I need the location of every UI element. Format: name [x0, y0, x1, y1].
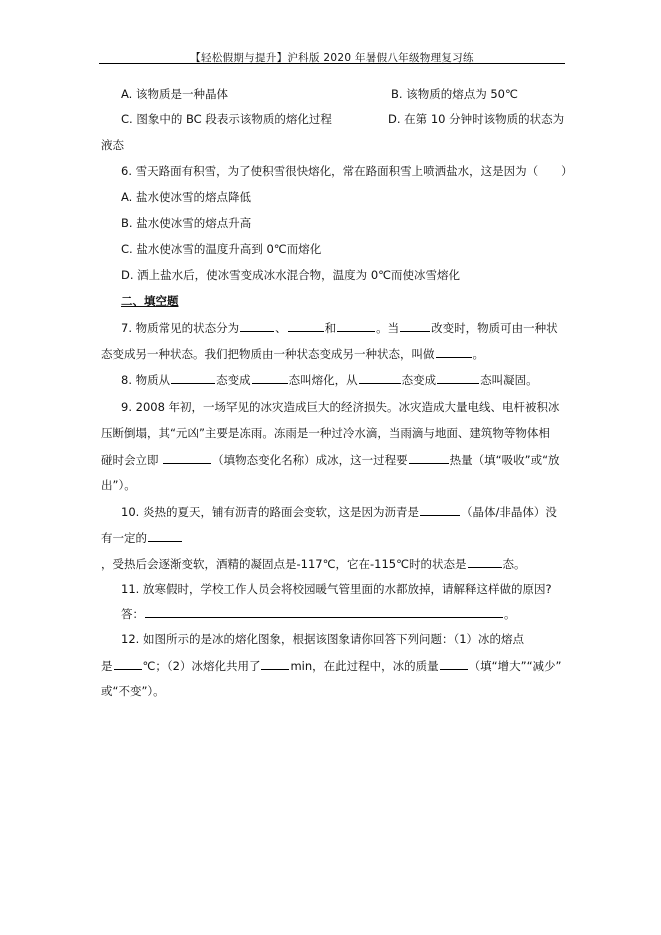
q12-blank-2[interactable]	[261, 658, 289, 670]
q5-option-c: C. 图象中的 BC 段表示该物质的熔化过程	[121, 112, 332, 126]
q10-text: 态。	[503, 557, 526, 571]
q6-option-a: A. 盐水使冰雪的熔点降低	[121, 190, 251, 204]
q7-blank-4[interactable]	[400, 320, 430, 332]
q11-answer-label: 答：	[121, 607, 144, 621]
q7-line-2: 态变成另一种状态。我们把物质由一种状态变成另一种状态，叫做。	[101, 346, 484, 361]
q10-text: ，受热后会逐渐变软，酒精的凝固点是-117℃，它在-115℃时的状态是	[101, 557, 467, 571]
q12-blank-1[interactable]	[114, 658, 142, 670]
q10-blank-1[interactable]	[420, 504, 460, 516]
q7-blank-5[interactable]	[436, 346, 472, 358]
q12-line-1: 12. 如图所示的是冰的熔化图象，根据该图象请你回答下列问题：（1）冰的熔点	[121, 632, 524, 646]
q6-stem: 6. 雪天路面有积雪，为了使积雪很快熔化，常在路面积雪上喷洒盐水，这是因为（ ）	[121, 164, 573, 178]
q5-option-b: B. 该物质的熔点为 50℃	[391, 87, 518, 101]
header-divider	[99, 63, 565, 64]
document-page: 【轻松假期与提升】沪科版 2020 年暑假八年级物理复习练 A. 该物质是一种晶…	[0, 0, 661, 935]
q9-blank-2[interactable]	[409, 452, 449, 464]
q10-line-3: ，受热后会逐渐变软，酒精的凝固点是-117℃，它在-115℃时的状态是态。	[101, 556, 526, 571]
q7-blank-1[interactable]	[240, 320, 274, 332]
q9-line-4: 出”）。	[101, 478, 136, 492]
q11-stem: 11. 放寒假时，学校工作人员会将校园暖气管里面的水都放掉，请解释这样做的原因?	[121, 582, 552, 596]
q7-text: 。当	[376, 321, 399, 335]
q6-option-d: D. 洒上盐水后，使冰雪变成冰水混合物，温度为 0℃而使冰雪熔化	[121, 268, 460, 282]
q9-text: 热量（填“吸收”或“放	[450, 453, 560, 467]
q10-text: 10. 炎热的夏天，铺有沥青的路面会变软，这是因为沥青是	[121, 505, 419, 519]
q7-text: 。	[473, 347, 485, 361]
q12-text: min，在此过程中，冰的质量	[290, 659, 438, 673]
q11-answer-line: 答：。	[121, 606, 516, 621]
q9-line-1: 9. 2008 年初，一场罕见的冰灾造成巨大的经济损失。冰灾造成大量电线、电杆被…	[121, 400, 560, 414]
q8-blank-2[interactable]	[252, 372, 288, 384]
q10-blank-3[interactable]	[468, 556, 502, 568]
q7-text: 态变成另一种状态。我们把物质由一种状态变成另一种状态，叫做	[101, 347, 435, 361]
q9-text: 碰时会立即	[101, 453, 159, 467]
q7-text: 、	[275, 321, 287, 335]
q9-line-3: 碰时会立即 （填物态变化名称）成冰，这一过程要热量（填“吸收”或“放	[101, 452, 560, 467]
q8-text: 8. 物质从	[121, 373, 170, 387]
q10-text: （晶体/非晶体）没	[461, 505, 557, 519]
q8-text: 态变成	[402, 373, 437, 387]
section-title-fill-in: 二、填空题	[121, 294, 179, 308]
q7-line-1: 7. 物质常见的状态分为、和。当改变时，物质可由一种状	[121, 320, 558, 335]
q11-answer-end: 。	[504, 607, 516, 621]
q10-line-1: 10. 炎热的夏天，铺有沥青的路面会变软，这是因为沥青是（晶体/非晶体）没	[121, 504, 557, 519]
q12-text: （填“增大”“减少”	[469, 659, 562, 673]
q5-option-d: D. 在第 10 分钟时该物质的状态为	[388, 112, 564, 126]
q7-text: 7. 物质常见的状态分为	[121, 321, 239, 335]
q12-line-2: 是℃；（2）冰熔化共用了min，在此过程中，冰的质量（填“增大”“减少”	[101, 658, 562, 673]
q5-option-d-continued: 液态	[101, 138, 124, 152]
q8-text: 态叫熔化，从	[289, 373, 358, 387]
q12-line-3: 或“不变”）。	[101, 684, 165, 698]
q7-blank-2[interactable]	[288, 320, 324, 332]
q8-blank-1[interactable]	[171, 372, 215, 384]
q10-blank-2[interactable]	[148, 530, 182, 542]
q12-blank-3[interactable]	[440, 658, 468, 670]
q8-text: 态叫凝固。	[480, 373, 538, 387]
q5-option-a: A. 该物质是一种晶体	[121, 87, 228, 101]
q8-blank-3[interactable]	[359, 372, 401, 384]
q6-option-c: C. 盐水使冰雪的温度升高到 0℃而熔化	[121, 242, 321, 256]
q12-text: ℃；（2）冰熔化共用了	[143, 659, 261, 673]
q12-text: 是	[101, 659, 113, 673]
q8-text: 态变成	[216, 373, 251, 387]
q9-text: （填物态变化名称）成冰，这一过程要	[212, 453, 408, 467]
q10-text: 有一定的	[101, 531, 147, 545]
q11-answer-blank[interactable]	[145, 606, 503, 618]
q8-line: 8. 物质从态变成态叫熔化，从态变成态叫凝固。	[121, 372, 538, 387]
q8-blank-4[interactable]	[437, 372, 479, 384]
q7-blank-3[interactable]	[337, 320, 375, 332]
q6-option-b: B. 盐水使冰雪的熔点升高	[121, 216, 251, 230]
q10-line-2: 有一定的	[101, 530, 183, 545]
q7-text: 和	[325, 321, 337, 335]
q7-text: 改变时，物质可由一种状	[431, 321, 558, 335]
q9-line-2: 压断倒塌，其“元凶”主要是冻雨。冻雨是一种过冷水滴，当雨滴与地面、建筑物等物体相	[101, 426, 550, 440]
q9-blank-1[interactable]	[163, 452, 211, 464]
